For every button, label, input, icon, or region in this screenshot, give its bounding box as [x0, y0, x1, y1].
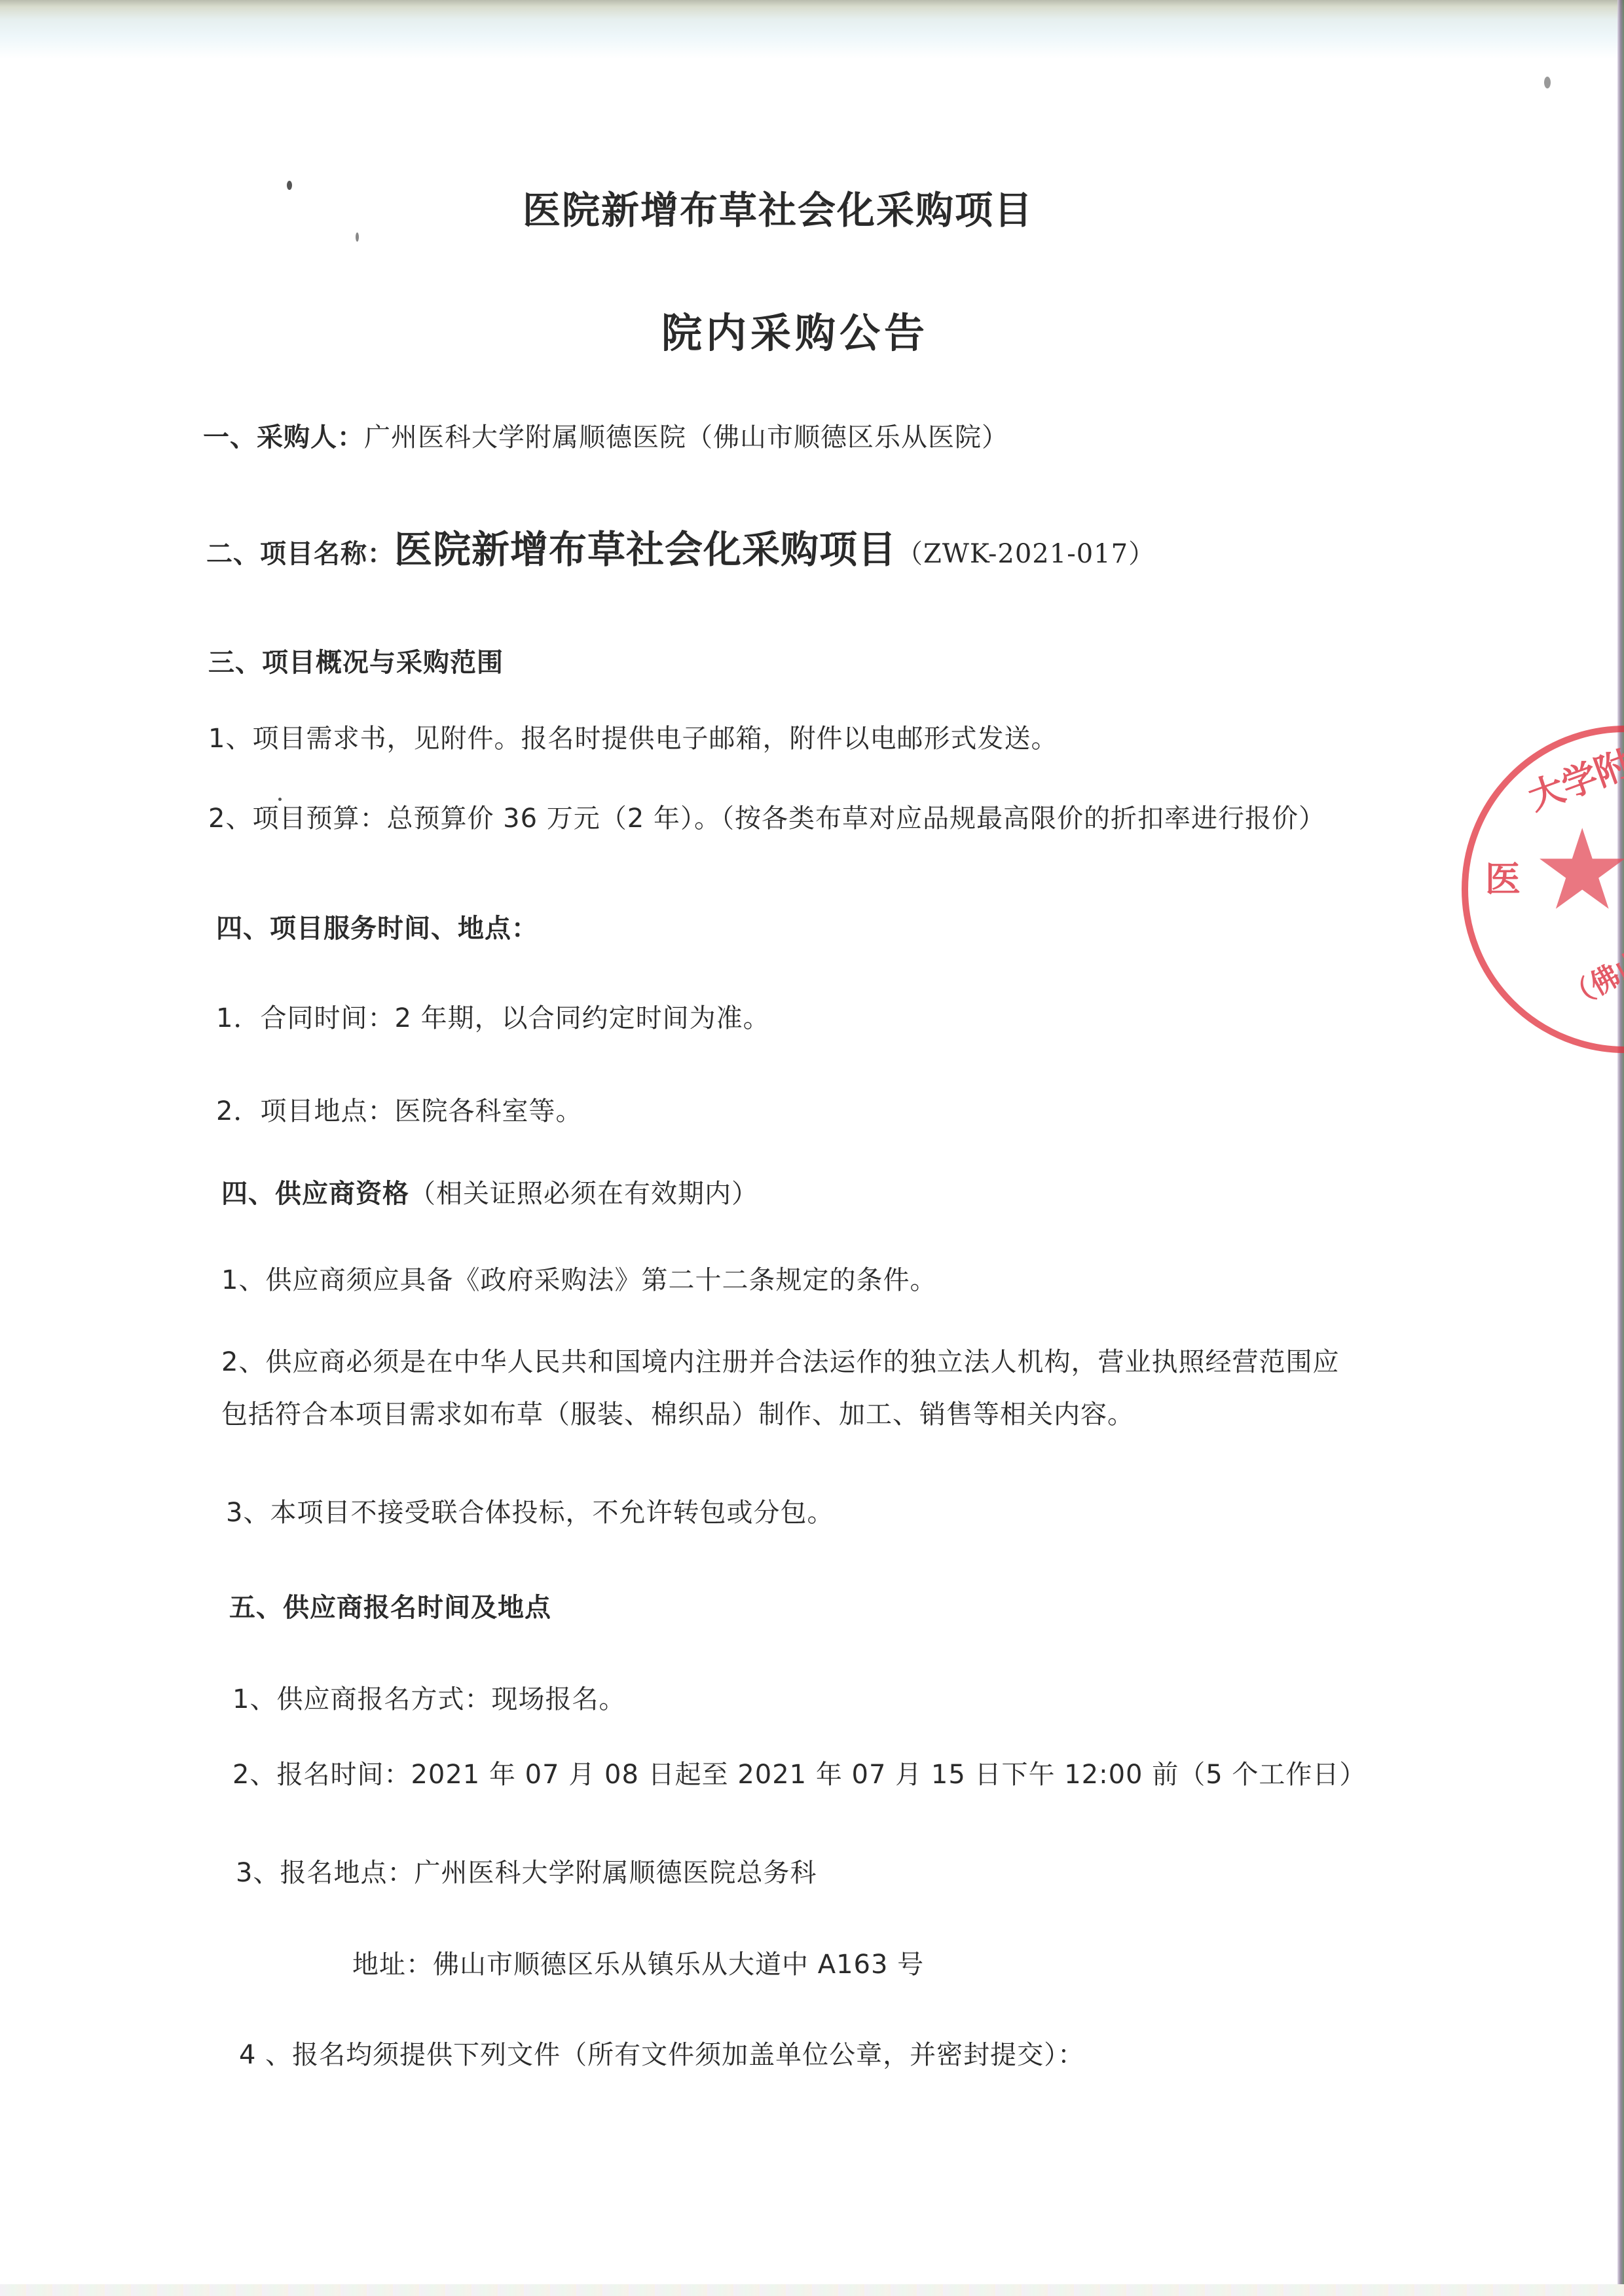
- document-subtitle: 院内采购公告: [661, 313, 929, 354]
- overview-item-1: 1、项目需求书，见附件。报名时提供电子邮箱，附件以电邮形式发送。: [208, 726, 1058, 752]
- registration-item-2: 2、报名时间：2021 年 07 月 08 日起至 2021 年 07 月 15…: [232, 1762, 1366, 1788]
- scan-speck: [287, 181, 292, 190]
- overview-item-2: 2、项目预算：总预算价 36 万元（2 年）。（按各类布草对应品规最高限价的折扣…: [208, 805, 1325, 832]
- registration-item-3: 3、报名地点：广州医科大学附属顺德医院总务科: [236, 1860, 817, 1886]
- service-item-1: 1．合同时间：2 年期，以合同约定时间为准。: [216, 1005, 770, 1031]
- project-name-line: 二、项目名称：医院新增布草社会化采购项目（ZWK-2021-017）: [206, 530, 1155, 568]
- project-name-value: 医院新增布草社会化采购项目: [394, 527, 896, 572]
- overview-heading: 三、项目概况与采购范围: [208, 650, 504, 676]
- qualification-item-1: 1、供应商须应具备《政府采购法》第二十二条规定的条件。: [221, 1267, 936, 1293]
- service-item-2: 2．项目地点：医院各科室等。: [216, 1098, 582, 1124]
- registration-item-4: 4 、报名均须提供下列文件（所有文件须加盖单位公章，并密封提交）：: [239, 2042, 1084, 2068]
- qualification-item-3: 3、本项目不接受联合体投标，不允许转包或分包。: [226, 1500, 834, 1526]
- qualification-item-2-cont: 包括符合本项目需求如布草（服装、棉织品）制作、加工、销售等相关内容。: [221, 1401, 1134, 1428]
- purchaser-line: 一、采购人：广州医科大学附属顺德医院（佛山市顺德区乐从医院）: [203, 424, 1008, 451]
- scan-top-edge: [0, 0, 1624, 59]
- scan-speck: [278, 798, 282, 801]
- project-name-label: 二、项目名称：: [206, 539, 394, 569]
- qualification-item-2: 2、供应商必须是在中华人民共和国境内注册并合法运作的独立法人机构，营业执照经营范…: [221, 1349, 1339, 1375]
- registration-address: 地址：佛山市顺德区乐从镇乐从大道中 A163 号: [352, 1952, 924, 1978]
- document-title: 医院新增布草社会化采购项目: [523, 191, 1033, 229]
- purchaser-label: 一、采购人：: [203, 422, 364, 453]
- qualification-heading: 四、供应商资格: [221, 1179, 409, 1209]
- project-code: （ZWK-2021-017）: [896, 539, 1155, 569]
- scan-speck: [356, 232, 359, 242]
- purchaser-value: 广州医科大学附属顺德医院（佛山市顺德区乐从医院）: [364, 422, 1008, 453]
- qualification-heading-line: 四、供应商资格（相关证照必须在有效期内）: [221, 1181, 758, 1207]
- registration-heading: 五、供应商报名时间及地点: [229, 1595, 551, 1621]
- registration-item-1: 1、供应商报名方式：现场报名。: [232, 1686, 625, 1713]
- seal-text-left: 医: [1485, 851, 1521, 902]
- qualification-note: （相关证照必须在有效期内）: [409, 1179, 758, 1209]
- scan-right-edge: [1617, 0, 1624, 2296]
- service-heading: 四、项目服务时间、地点：: [216, 916, 538, 942]
- scan-speck: [1544, 77, 1551, 88]
- scan-bottom-edge: [0, 2284, 1624, 2296]
- seal-star-icon: ★: [1532, 805, 1624, 935]
